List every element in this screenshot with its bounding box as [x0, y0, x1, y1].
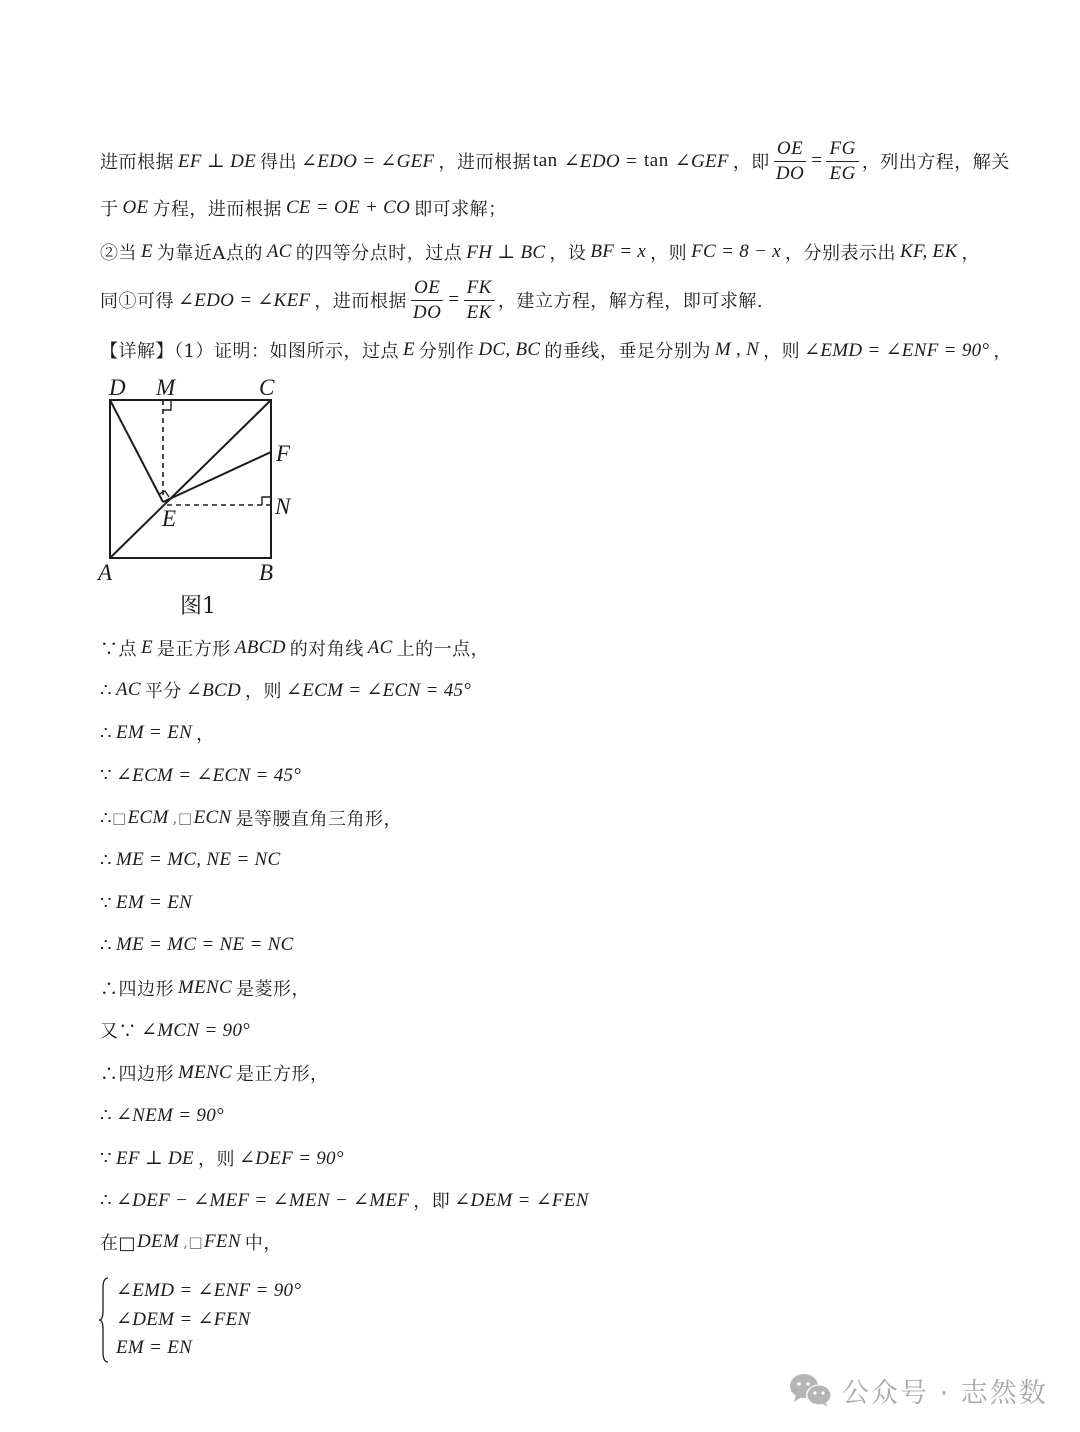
fraction-numerator: FG: [826, 138, 858, 162]
fraction-oe-do: OE DO: [410, 277, 444, 324]
text-segment: 同①可得: [100, 287, 174, 313]
fraction-denominator: EK: [464, 301, 495, 324]
figure-caption: 图1: [180, 594, 216, 619]
missing-glyph-box: ,□: [183, 1233, 203, 1251]
text-segment: 是菱形，: [236, 975, 310, 1001]
math-function: tan: [533, 150, 558, 172]
label-f: F: [275, 441, 291, 466]
text-segment: 是正方形: [157, 635, 231, 661]
therefore-symbol: ∴: [100, 1190, 112, 1211]
proof-line-1: ∵点 E 是正方形 ABCD 的对角线 AC 上的一点，: [100, 633, 489, 663]
math-expression: ∠EMD = ∠ENF = 90°: [804, 339, 989, 362]
proof-line-4: ∵ ∠ECM = ∠ECN = 45°: [100, 760, 305, 790]
proof-line-2: ∴ AC 平分 ∠BCD ，则 ∠ECM = ∠ECN = 45°: [100, 675, 475, 705]
math-expression: ∠EDO = ∠GEF: [301, 150, 434, 173]
text-segment: ，建立方程，解方程，即可求解.: [498, 287, 763, 313]
proof-line-5: ∴ □ ECM ,□ ECN 是等腰直角三角形，: [100, 803, 402, 833]
text-segment: 中，: [245, 1229, 282, 1255]
math-expression: FH ⊥ BC: [466, 241, 545, 264]
text-segment: 进而根据: [100, 148, 174, 174]
math-expression: E: [403, 339, 415, 361]
math-expression: ME = MC = NE = NC: [116, 934, 294, 956]
missing-glyph-box: ,□: [173, 809, 193, 827]
math-expression: E: [141, 637, 153, 659]
label-e: E: [161, 506, 176, 531]
proof-line-12: ∴ ∠NEM = 90°: [100, 1100, 228, 1130]
watermark-text: 公众号 · 志然数: [842, 1371, 1048, 1410]
segment-ef: [163, 452, 271, 502]
text-segment: ，进而根据: [314, 287, 407, 313]
text-segment: ，进而根据: [438, 148, 531, 174]
missing-glyph-box: □: [112, 809, 127, 827]
equals-sign: =: [448, 289, 459, 311]
proof-line-6: ∴ ME = MC, NE = NC: [100, 845, 284, 875]
text-segment: ，则: [245, 677, 282, 703]
text-segment: ，即: [413, 1187, 450, 1213]
math-expression: ∠ECM = ∠ECN = 45°: [286, 679, 471, 702]
math-expression: M , N: [715, 339, 759, 361]
math-expression: ∠ECM = ∠ECN = 45°: [116, 764, 301, 787]
text-segment: 即可求解；: [414, 195, 507, 221]
text-segment: ，则: [650, 239, 687, 265]
text-segment: 【详解】（1）证明：如图所示，过点: [100, 337, 399, 363]
therefore-symbol: ∴: [100, 808, 112, 829]
fraction-denominator: DO: [410, 301, 444, 324]
math-expression: BF = x: [590, 241, 646, 263]
math-expression: EF ⊥ DE: [116, 1147, 194, 1170]
math-expression: E: [141, 241, 153, 263]
geometry-figure-1: D M C F N E A B 图1: [95, 370, 315, 620]
fraction-numerator: OE: [411, 277, 443, 301]
math-expression: DC, BC: [478, 339, 540, 361]
math-expression: ∠BCD: [186, 679, 241, 702]
math-expression: ∠EMD = ∠ENF = 90°: [116, 1279, 301, 1302]
analysis-line-2: 于 OE 方程，进而根据 CE = OE + CO 即可求解；: [100, 193, 507, 223]
proof-line-10: 又∵ ∠MCN = 90°: [100, 1015, 254, 1045]
proof-line-11: ∴四边形 MENC 是正方形，: [100, 1058, 328, 1088]
math-expression: CE = OE + CO: [286, 197, 410, 219]
proof-line-13: ∵ EF ⊥ DE ，则 ∠DEF = 90°: [100, 1143, 348, 1173]
text-segment: ，: [993, 337, 1012, 363]
therefore-symbol: ∴: [100, 1105, 112, 1126]
text-segment: ∴四边形: [100, 1060, 174, 1086]
system-equation-1: ∠EMD = ∠ENF = 90°: [112, 1275, 305, 1305]
text-segment: 是等腰直角三角形，: [235, 805, 402, 831]
fraction-denominator: DO: [773, 162, 807, 185]
solution-heading-line: 【详解】（1）证明：如图所示，过点 E 分别作 DC, BC 的垂线，垂足分别为…: [100, 335, 1012, 365]
right-angle-mark-m: [163, 400, 171, 410]
text-segment: 的四等分点时，过点: [296, 239, 463, 265]
math-expression: ECM: [128, 807, 169, 829]
wechat-icon: [788, 1372, 834, 1408]
math-expression: ∠DEF = 90°: [239, 1147, 344, 1170]
therefore-symbol: ∴: [100, 680, 112, 701]
analysis-line-3: ②当 E 为靠近A点的 AC 的四等分点时，过点 FH ⊥ BC ，设 BF =…: [100, 237, 980, 267]
math-function: tan: [644, 150, 669, 172]
text-segment: ，分别表示出: [785, 239, 896, 265]
fraction-oe-do: OE DO: [773, 138, 807, 185]
math-expression: ∠DEF − ∠MEF = ∠MEN − ∠MEF: [116, 1189, 409, 1212]
because-symbol: ∵: [100, 893, 112, 914]
text-segment: 的垂线，垂足分别为: [544, 337, 711, 363]
math-expression: KF, EK: [900, 241, 957, 263]
therefore-symbol: ∴: [100, 935, 112, 956]
proof-line-3: ∴ EM = EN ，: [100, 718, 215, 748]
label-m: M: [155, 375, 177, 400]
math-expression: EF ⊥ DE: [178, 150, 256, 173]
math-expression: EM = EN: [116, 892, 192, 914]
proof-line-8: ∴ ME = MC = NE = NC: [100, 930, 298, 960]
proof-line-7: ∵ EM = EN: [100, 888, 196, 918]
math-expression: AC: [116, 679, 141, 701]
therefore-symbol: ∴: [100, 723, 112, 744]
text-segment: 是正方形，: [236, 1060, 329, 1086]
math-expression: ∠EDO = ∠KEF: [178, 289, 310, 312]
therefore-symbol: ∴: [100, 850, 112, 871]
label-c: C: [259, 375, 275, 400]
math-expression: ∠GEF: [675, 150, 729, 173]
math-expression: FC = 8 − x: [691, 241, 781, 263]
text-segment: 平分: [145, 677, 182, 703]
text-segment: 方程，进而根据: [152, 195, 282, 221]
text-segment: ，设: [549, 239, 586, 265]
label-n: N: [274, 494, 292, 519]
text-segment: ②当: [100, 239, 137, 265]
label-d: D: [108, 375, 126, 400]
analysis-line-1: 进而根据 EF ⊥ DE 得出 ∠EDO = ∠GEF ，进而根据 tan ∠E…: [100, 134, 1010, 188]
system-equation-3: EM = EN: [112, 1333, 196, 1363]
proof-line-15: 在□ DEM ,□ FEN 中，: [100, 1227, 282, 1257]
math-expression: ∠NEM = 90°: [116, 1104, 224, 1127]
because-symbol: ∵: [100, 1148, 112, 1169]
math-expression: ABCD: [235, 637, 286, 659]
math-expression: EM = EN: [116, 722, 192, 744]
text-segment: ，: [961, 239, 980, 265]
math-expression: AC: [368, 637, 393, 659]
math-expression: FEN: [204, 1231, 241, 1253]
text-segment: ，则: [198, 1145, 235, 1171]
text-segment: ，即: [733, 148, 770, 174]
text-segment: 得出: [260, 148, 297, 174]
math-expression: AC: [267, 241, 292, 263]
text-segment: ，则: [763, 337, 800, 363]
math-expression: ∠MCN = 90°: [141, 1019, 250, 1042]
left-brace-icon: [96, 1274, 112, 1366]
math-expression: MENC: [178, 1062, 232, 1084]
system-equation-2: ∠DEM = ∠FEN: [112, 1304, 255, 1334]
text-segment: ∵点: [100, 635, 137, 661]
fraction-fk-ek: FK EK: [464, 277, 495, 324]
proof-line-9: ∴四边形 MENC 是菱形，: [100, 973, 310, 1003]
text-segment: 分别作: [419, 337, 475, 363]
because-symbol: ∵: [100, 765, 112, 786]
text-segment: 的对角线: [290, 635, 364, 661]
fraction-numerator: FK: [464, 277, 495, 301]
fraction-fg-eg: FG EG: [826, 138, 858, 185]
math-expression: ∠EDO =: [564, 150, 638, 173]
text-segment: 在□: [100, 1229, 136, 1255]
watermark: 公众号 · 志然数: [788, 1370, 1048, 1410]
segment-de: [110, 400, 163, 502]
text-segment: 上的一点，: [397, 635, 490, 661]
math-expression: DEM: [137, 1231, 179, 1253]
text-segment: 于: [100, 195, 119, 221]
proof-line-14: ∴ ∠DEF − ∠MEF = ∠MEN − ∠MEF ，即 ∠DEM = ∠F…: [100, 1185, 593, 1215]
label-b: B: [259, 560, 273, 585]
fraction-denominator: EG: [826, 162, 858, 185]
math-expression: ∠DEM = ∠FEN: [116, 1308, 251, 1331]
math-expression: ∠DEM = ∠FEN: [454, 1189, 589, 1212]
text-segment: ，列出方程，解关: [862, 148, 1010, 174]
label-a: A: [96, 560, 113, 585]
math-expression: ECN: [194, 807, 232, 829]
text-segment: 为靠近A点的: [157, 239, 263, 265]
text-segment: 又∵: [100, 1017, 137, 1043]
analysis-line-4: 同①可得 ∠EDO = ∠KEF ，进而根据 OE DO = FK EK ，建立…: [100, 273, 763, 327]
math-expression: ME = MC, NE = NC: [116, 849, 281, 871]
math-expression: EM = EN: [116, 1337, 192, 1359]
math-expression: OE: [123, 197, 149, 219]
math-expression: MENC: [178, 977, 232, 999]
text-segment: ∴四边形: [100, 975, 174, 1001]
right-angle-mark-n: [262, 497, 271, 505]
equals-sign: =: [811, 150, 822, 172]
fraction-numerator: OE: [774, 138, 806, 162]
diagonal-ac: [110, 400, 271, 558]
text-segment: ，: [196, 720, 215, 746]
